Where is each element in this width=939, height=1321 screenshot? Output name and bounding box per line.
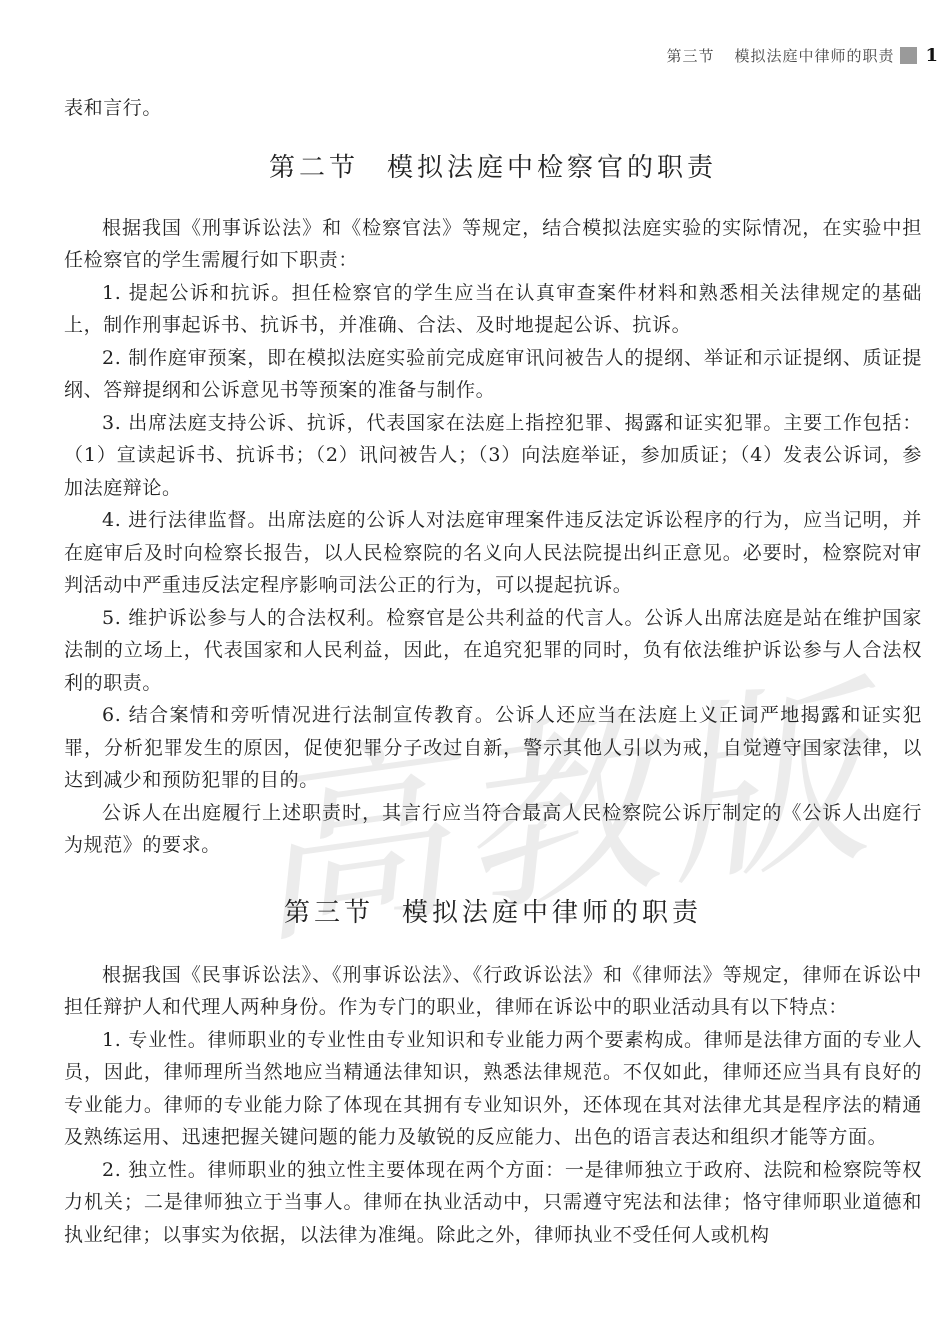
header-section-title: 模拟法庭中律师的职责 xyxy=(734,45,894,66)
list-item: 3. 出席法庭支持公诉、抗诉，代表国家在法庭上指控犯罪、揭露和证实犯罪。主要工作… xyxy=(64,407,922,505)
closing-paragraph: 公诉人在出庭履行上述职责时，其言行应当符合最高人民检察院公诉厅制定的《公诉人出庭… xyxy=(64,797,922,862)
list-item: 6. 结合案情和旁听情况进行法制宣传教育。公诉人还应当在法庭上义正词严地揭露和证… xyxy=(64,699,922,797)
running-header: 第三节 模拟法庭中律师的职责 1 xyxy=(666,42,939,68)
section-intro: 根据我国《民事诉讼法》、《刑事诉讼法》、《行政诉讼法》和《律师法》等规定，律师在… xyxy=(64,959,922,1024)
section-heading-2: 第二节模拟法庭中检察官的职责 xyxy=(64,147,922,184)
carryover-paragraph: 表和言行。 xyxy=(64,92,922,125)
section-title: 模拟法庭中检察官的职责 xyxy=(387,153,717,183)
header-section-number: 第三节 xyxy=(666,45,714,66)
list-item: 1. 专业性。律师职业的专业性由专业知识和专业能力两个要素构成。律师是法律方面的… xyxy=(64,1024,922,1154)
section-intro: 根据我国《刑事诉讼法》和《检察官法》等规定，结合模拟法庭实验的实际情况，在实验中… xyxy=(64,212,922,277)
section-number: 第三节 xyxy=(284,898,374,928)
page-content: 表和言行。 第二节模拟法庭中检察官的职责 根据我国《刑事诉讼法》和《检察官法》等… xyxy=(64,92,922,1251)
page-number: 1 xyxy=(925,45,939,66)
list-item: 1. 提起公诉和抗诉。担任检察官的学生应当在认真审查案件材料和熟悉相关法律规定的… xyxy=(64,277,922,342)
list-item: 4. 进行法律监督。出席法庭的公诉人对法庭审理案件违反法定诉讼程序的行为，应当记… xyxy=(64,504,922,602)
section-title: 模拟法庭中律师的职责 xyxy=(402,898,702,928)
list-item: 2. 独立性。律师职业的独立性主要体现在两个方面：一是律师独立于政府、法院和检察… xyxy=(64,1154,922,1252)
list-item: 2. 制作庭审预案，即在模拟法庭实验前完成庭审讯问被告人的提纲、举证和示证提纲、… xyxy=(64,342,922,407)
section-number: 第二节 xyxy=(269,153,359,183)
list-item: 5. 维护诉讼参与人的合法权利。检察官是公共利益的代言人。公诉人出席法庭是站在维… xyxy=(64,602,922,700)
section-heading-3: 第三节模拟法庭中律师的职责 xyxy=(64,892,922,929)
header-block-icon xyxy=(900,47,917,64)
